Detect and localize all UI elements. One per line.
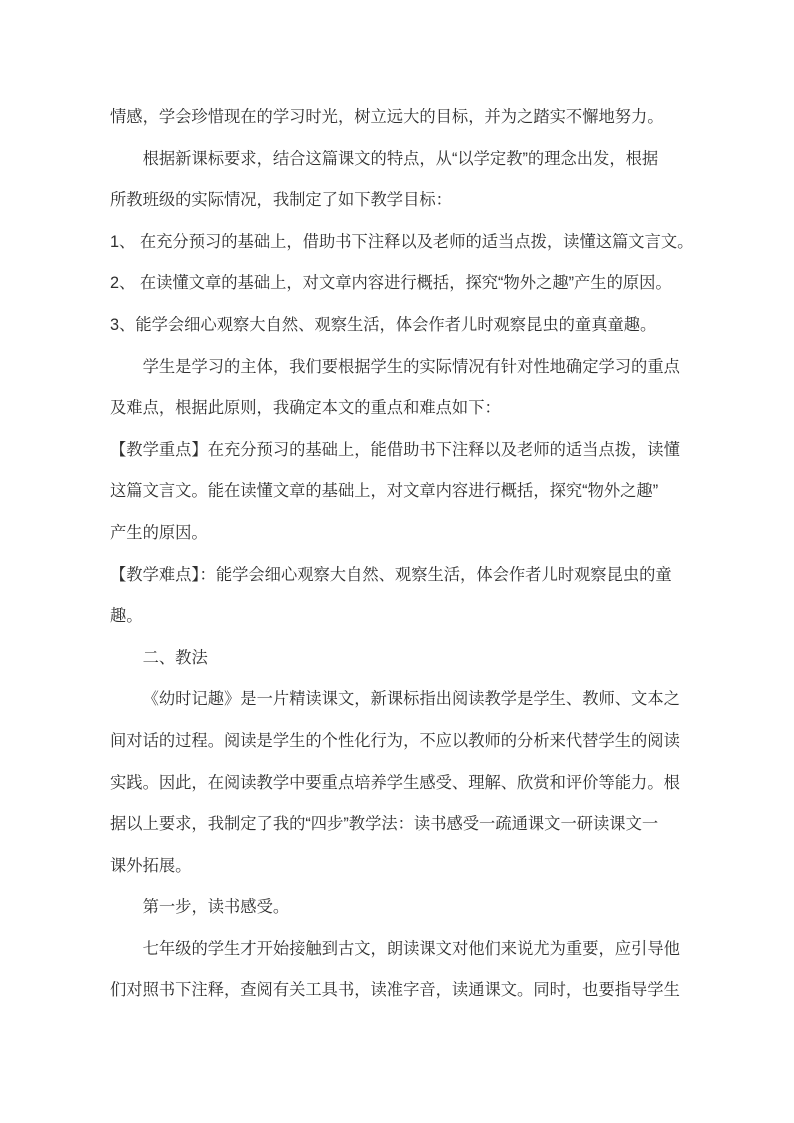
- text-line: 趣。: [110, 596, 750, 638]
- text-line: 们对照书下注释，查阅有关工具书，读准字音，读通课文。同时，也要指导学生: [110, 970, 750, 1012]
- text-line: 课外拓展。: [110, 846, 750, 888]
- text-line: 间对话的过程。阅读是学生的个性化行为，不应以教师的分析来代替学生的阅读: [110, 721, 750, 763]
- text-line: 学生是学习的主体，我们要根据学生的实际情况有针对性地确定学习的重点: [110, 347, 750, 389]
- document-page: 情感，学会珍惜现在的学习时光，树立远大的目标，并为之踏实不懈地努力。根据新课标要…: [0, 0, 794, 1123]
- text-line: 实践。因此，在阅读教学中要重点培养学生感受、理解、欣赏和评价等能力。根: [110, 763, 750, 805]
- text-line: 这篇文言文。能在读懂文章的基础上，对文章内容进行概括，探究“物外之趣”: [110, 471, 750, 513]
- text-line: 据以上要求，我制定了我的“四步”教学法：读书感受一疏通课文一研读课文一: [110, 804, 750, 846]
- document-body: 情感，学会珍惜现在的学习时光，树立远大的目标，并为之踏实不懈地努力。根据新课标要…: [110, 97, 750, 1012]
- text-line: 及难点，根据此原则，我确定本文的重点和难点如下：: [110, 388, 750, 430]
- text-line: 第一步，读书感受。: [110, 887, 750, 929]
- text-line: 3、能学会细心观察大自然、观察生活，体会作者儿时观察昆虫的童真童趣。: [110, 305, 750, 347]
- text-line: 2、 在读懂文章的基础上，对文章内容进行概括，探究“物外之趣”产生的原因。: [110, 263, 750, 305]
- text-line: 【教学重点】在充分预习的基础上，能借助书下注释以及老师的适当点拨，读懂: [110, 430, 750, 472]
- text-line: 根据新课标要求，结合这篇课文的特点，从“以学定教”的理念出发，根据: [110, 139, 750, 181]
- text-line: 情感，学会珍惜现在的学习时光，树立远大的目标，并为之踏实不懈地努力。: [110, 97, 750, 139]
- text-line: 七年级的学生才开始接触到古文，朗读课文对他们来说尤为重要，应引导他: [110, 929, 750, 971]
- text-line: 【教学难点】：能学会细心观察大自然、观察生活，体会作者儿时观察昆虫的童: [110, 555, 750, 597]
- text-line: 产生的原因。: [110, 513, 750, 555]
- text-line: 所教班级的实际情况，我制定了如下教学目标：: [110, 180, 750, 222]
- text-line: 1、 在充分预习的基础上，借助书下注释以及老师的适当点拨，读懂这篇文言文。: [110, 222, 750, 264]
- text-line: 《幼时记趣》是一片精读课文，新课标指出阅读教学是学生、教师、文本之: [110, 679, 750, 721]
- text-line: 二、教法: [110, 638, 750, 680]
